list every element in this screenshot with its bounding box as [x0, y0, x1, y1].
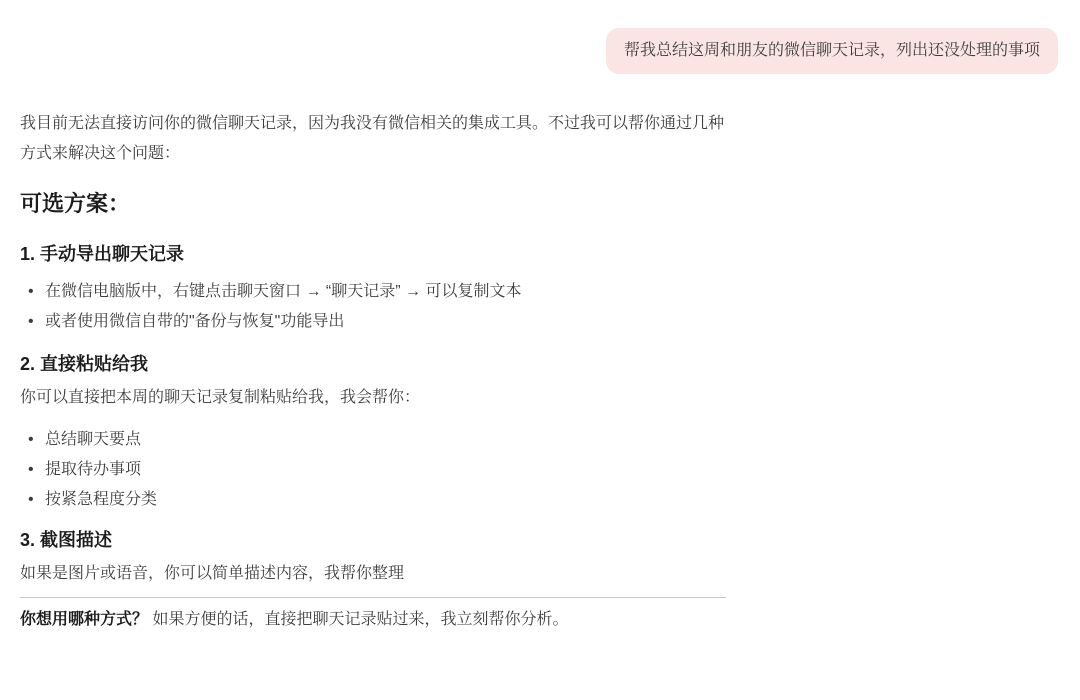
- section-2-title: 2. 直接粘贴给我: [20, 353, 732, 375]
- chat-thread: 帮我总结这周和朋友的微信聊天记录，列出还没处理的事项 我目前无法直接访问你的微信…: [0, 0, 1080, 700]
- list-item: 总结聊天要点: [20, 425, 732, 455]
- list-item: 按紧急程度分类: [20, 485, 732, 515]
- user-message-row: 帮我总结这周和朋友的微信聊天记录，列出还没处理的事项: [606, 28, 1058, 74]
- options-heading: 可选方案：: [20, 191, 732, 217]
- list-item: 在微信电脑版中，右键点击聊天窗口 → “聊天记录” → 可以复制文本: [20, 277, 732, 307]
- list-item: 提取待办事项: [20, 455, 732, 485]
- assistant-intro: 我目前无法直接访问你的微信聊天记录，因为我没有微信相关的集成工具。不过我可以帮你…: [20, 109, 732, 169]
- section-3-lead: 如果是图片或语音，你可以简单描述内容，我帮你整理: [20, 559, 732, 589]
- section-2-lead: 你可以直接把本周的聊天记录复制粘贴给我，我会帮你：: [20, 383, 732, 413]
- user-message-bubble: 帮我总结这周和朋友的微信聊天记录，列出还没处理的事项: [606, 28, 1058, 74]
- section-1-title: 1. 手动导出聊天记录: [20, 243, 732, 265]
- section-2-list: 总结聊天要点 提取待办事项 按紧急程度分类: [20, 425, 732, 515]
- user-message-text: 帮我总结这周和朋友的微信聊天记录，列出还没处理的事项: [624, 42, 1040, 59]
- closing-line: 你想用哪种方式？ 如果方便的话，直接把聊天记录贴过来，我立刻帮你分析。: [20, 605, 732, 635]
- list-item: 或者使用微信自带的"备份与恢复"功能导出: [20, 307, 732, 337]
- closing-text: 如果方便的话，直接把聊天记录贴过来，我立刻帮你分析。: [148, 611, 568, 628]
- closing-question: 你想用哪种方式？: [20, 611, 148, 628]
- divider: [20, 597, 726, 598]
- section-3-title: 3. 截图描述: [20, 529, 732, 551]
- assistant-message: 我目前无法直接访问你的微信聊天记录，因为我没有微信相关的集成工具。不过我可以帮你…: [20, 109, 732, 635]
- section-1-list: 在微信电脑版中，右键点击聊天窗口 → “聊天记录” → 可以复制文本 或者使用微…: [20, 277, 732, 337]
